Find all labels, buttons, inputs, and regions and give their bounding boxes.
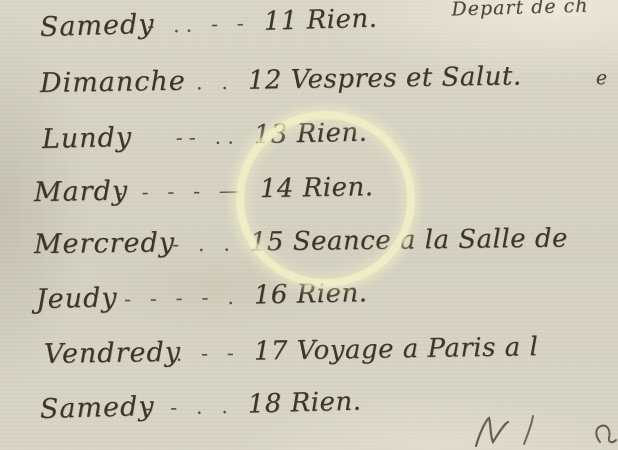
entry-text: 15 Seance a la Salle de [250, 224, 568, 258]
diary-line: Dimanche . . . 12 Vespres et Salut. e [0, 59, 618, 111]
diary-line: Lundy -- .. 13 Rien. [0, 111, 618, 167]
partial-next-line-strokes [462, 412, 618, 450]
dash-leader: - - - - — [116, 178, 246, 204]
dash-leader: - - . . [144, 394, 234, 420]
entry-text: 13 Rien. [253, 118, 367, 151]
day-name: Samedy [39, 9, 155, 43]
dash-leader: . . . [170, 70, 234, 95]
dash-leader: . - - [176, 341, 241, 366]
entry-text: 18 Rien. [247, 387, 361, 420]
day-name: Mercredy [34, 227, 175, 260]
entry-text: 11 Rien. [263, 4, 377, 37]
day-name: Mardy [34, 175, 129, 208]
margin-note: e [596, 67, 609, 89]
entry-text: 12 Vespres et Salut. [248, 61, 522, 95]
day-name: Lundy [42, 122, 133, 155]
dash-leader: - .. - - [147, 11, 250, 38]
day-name: Dimanche [40, 66, 186, 99]
entry-text: 16 Rien. [254, 278, 368, 310]
dash-leader: - - - - . [124, 285, 240, 311]
dash-leader: -- .. [175, 124, 240, 149]
day-name: Samedy [39, 391, 154, 425]
diary-line: Mardy - - - - — 14 Rien. [0, 167, 618, 220]
dash-leader: - . . [172, 232, 236, 257]
diary-line: Samedy - .. - - 11 Rien. Depart de ch [0, 0, 618, 55]
day-name: Vendredy [44, 337, 182, 370]
diary-line: Mercredy - . . 15 Seance a la Salle de [0, 222, 618, 272]
margin-note: Depart de ch [451, 0, 589, 20]
entry-text: 17 Voyage a Paris a l [254, 332, 539, 366]
entry-text: 14 Rien. [260, 172, 374, 204]
diary-line: Jeudy - - - - . 16 Rien. [0, 272, 618, 327]
diary-line: Vendredy . - - 17 Voyage a Paris a l [0, 330, 618, 382]
day-name: Jeudy [36, 282, 118, 315]
manuscript-page: Samedy - .. - - 11 Rien. Depart de ch Di… [0, 0, 618, 450]
